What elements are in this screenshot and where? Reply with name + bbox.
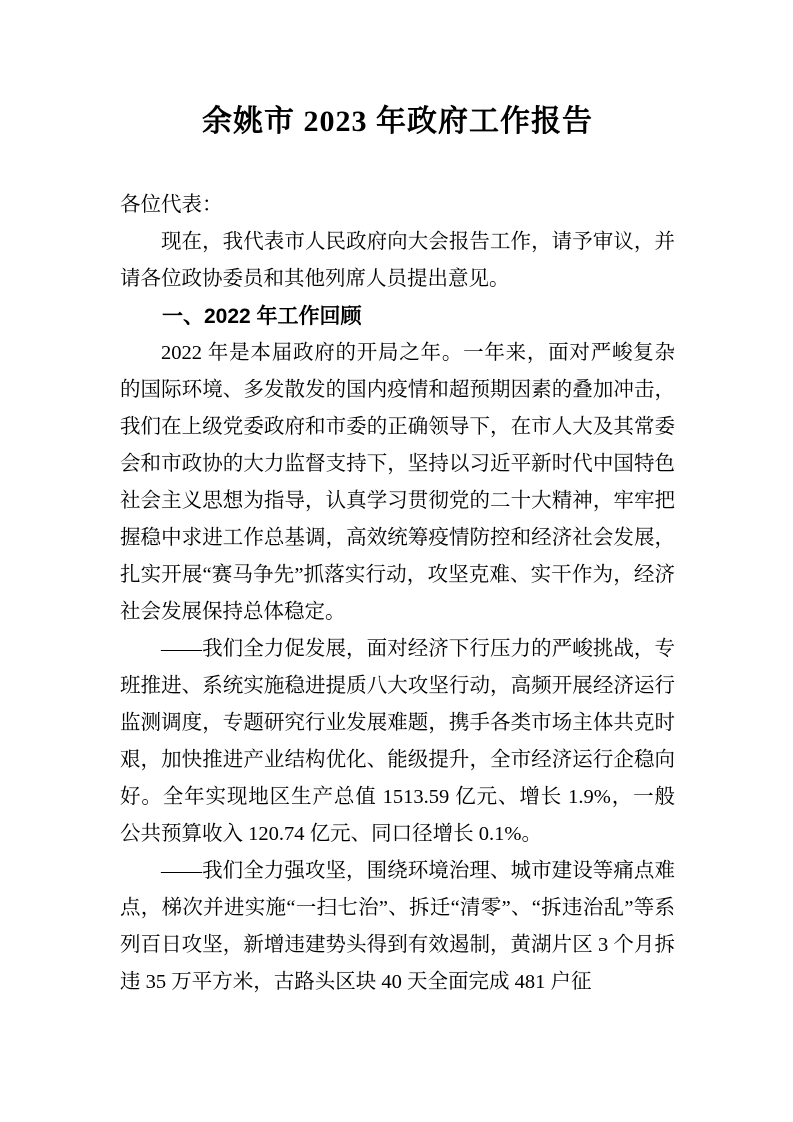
section-heading-2022-review: 一、2022 年工作回顾 <box>120 298 675 335</box>
paragraph-intro: 现在，我代表市人民政府向大会报告工作，请予审议，并请各位政协委员和其他列席人员提… <box>120 224 675 298</box>
document-body: 余姚市 2023 年政府工作报告 各位代表： 现在，我代表市人民政府向大会报告工… <box>120 0 675 1001</box>
paragraph-2022-overview: 2022 年是本届政府的开局之年。一年来，面对严峻复杂的国际环境、多发散发的国内… <box>120 335 675 631</box>
paragraph-tackle-key-problems: ——我们全力强攻坚，围绕环境治理、城市建设等痛点难点，梯次并进实施“一扫七治”、… <box>120 853 675 1001</box>
paragraph-promote-development: ——我们全力促发展，面对经济下行压力的严峻挑战，专班推进、系统实施稳进提质八大攻… <box>120 631 675 853</box>
document-page: 余姚市 2023 年政府工作报告 各位代表： 现在，我代表市人民政府向大会报告工… <box>0 0 793 1122</box>
salutation: 各位代表： <box>120 187 675 224</box>
document-title: 余姚市 2023 年政府工作报告 <box>120 100 675 144</box>
